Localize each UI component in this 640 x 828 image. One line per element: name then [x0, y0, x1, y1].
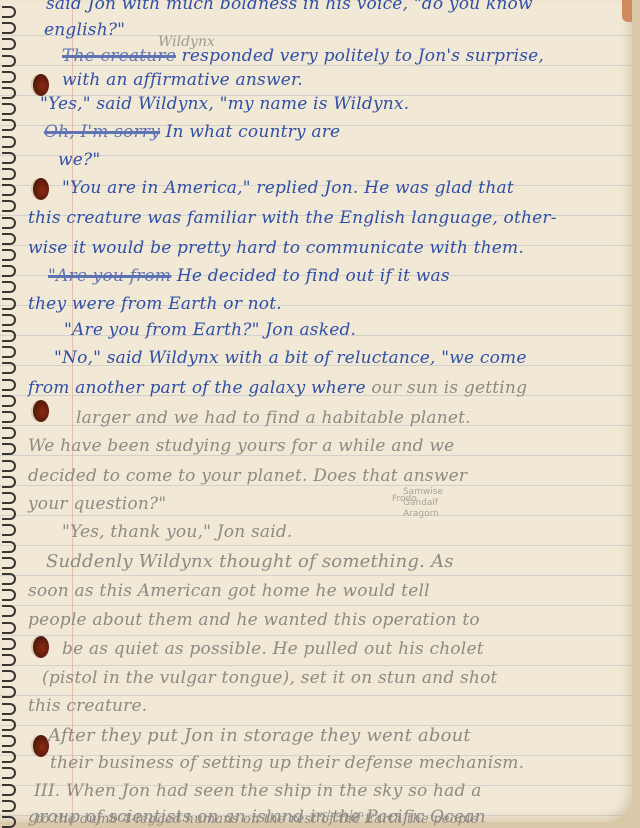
punch-hole [33, 400, 49, 422]
struck-text: Oh, I'm sorry [44, 122, 160, 142]
spiral-coil [2, 152, 16, 164]
text-line: they were from Earth or not. [28, 294, 282, 314]
spiral-coil [2, 330, 16, 342]
text-span: He decided to find out if it was [177, 266, 450, 286]
spiral-coil [2, 184, 16, 196]
struck-text: "Are you from [48, 266, 171, 286]
text-line: Oh, I'm sorry In what country are [44, 122, 340, 142]
text-line: this creature was familiar with the Engl… [28, 208, 557, 228]
spiral-coil [2, 703, 16, 715]
text-line: larger and we had to find a habitable pl… [76, 408, 471, 428]
text-line: we?" [58, 150, 100, 170]
text-span: from another part of the galaxy where [28, 378, 366, 398]
spiral-coil [2, 735, 16, 747]
text-line-bottom: to the dumb 4-legged humans on the rest … [36, 812, 479, 826]
text-line: said Jon with much boldness in his voice… [46, 0, 533, 14]
spiral-coil [2, 6, 16, 18]
text-line: Suddenly Wildynx thought of something. A… [46, 551, 454, 572]
page-edge-tab [622, 0, 632, 22]
punch-hole [33, 735, 49, 757]
spiral-coil [2, 751, 16, 763]
note-name: Gandalf [403, 498, 443, 509]
spiral-coil [2, 638, 16, 650]
spiral-coil [2, 524, 16, 536]
spiral-coil [2, 55, 16, 67]
text-line: wise it would be pretty hard to communic… [28, 238, 524, 258]
spiral-coil [2, 136, 16, 148]
spiral-coil [2, 670, 16, 682]
spiral-coil [2, 379, 16, 391]
spiral-coil [2, 557, 16, 569]
text-line: The creature responded very politely to … [62, 46, 544, 66]
spiral-coil [2, 654, 16, 666]
text-line: your question?" [28, 494, 166, 514]
text-span: our sun is getting [371, 378, 527, 398]
spiral-coil [2, 816, 16, 826]
text-line: III. When Jon had seen the ship in the s… [34, 781, 482, 801]
spiral-coil [2, 265, 16, 277]
text-line: be as quiet as possible. He pulled out h… [62, 639, 484, 659]
spiral-coil [2, 800, 16, 812]
spiral-coil [2, 281, 16, 293]
text-line: After they put Jon in storage they went … [48, 725, 471, 746]
spiral-coil [2, 767, 16, 779]
spiral-coil [2, 314, 16, 326]
text-line: soon as this American got home he would … [28, 581, 430, 601]
text-line: their business of setting up their defen… [50, 753, 524, 773]
spiral-coil [2, 573, 16, 585]
spiral-coil [2, 492, 16, 504]
spiral-coil [2, 71, 16, 83]
spiral-coil [2, 298, 16, 310]
spiral-coil [2, 119, 16, 131]
spiral-coil [2, 22, 16, 34]
struck-text: The creature [62, 46, 176, 66]
spiral-coil [2, 589, 16, 601]
note-name: Aragorn [403, 509, 443, 520]
text-line: "You are in America," replied Jon. He wa… [62, 178, 514, 198]
spiral-coil [2, 395, 16, 407]
spiral-coil [2, 87, 16, 99]
note-name: Samwise [403, 487, 443, 498]
punch-hole [33, 178, 49, 200]
text-line: english?" [44, 20, 125, 40]
text-line: "Yes, thank you," Jon said. [62, 522, 293, 542]
text-line: decided to come to your planet. Does tha… [28, 466, 467, 486]
spiral-coil [2, 605, 16, 617]
punch-hole [33, 74, 49, 96]
spiral-coil [2, 622, 16, 634]
insert-bottom: such as Jon [312, 810, 364, 820]
text-line: (pistol in the vulgar tongue), set it on… [42, 668, 498, 688]
text-line: "Yes," said Wildynx, "my name is Wildynx… [40, 94, 409, 114]
text-line: "Are you from Earth?" Jon asked. [64, 320, 356, 340]
spiral-coil [2, 38, 16, 50]
spiral-coil [2, 200, 16, 212]
spiral-coil [2, 249, 16, 261]
spiral-coil [2, 168, 16, 180]
spiral-coil [2, 719, 16, 731]
spiral-binding [0, 0, 22, 826]
spiral-coil [2, 217, 16, 229]
text-span: In what country are [166, 122, 341, 142]
text-line: "No," said Wildynx with a bit of relucta… [54, 348, 527, 368]
spiral-coil [2, 508, 16, 520]
margin-note-names: Samwise Gandalf Aragorn [403, 487, 443, 520]
spiral-coil [2, 411, 16, 423]
text-line: with an affirmative answer. [62, 70, 303, 90]
text-line: from another part of the galaxy where ou… [28, 378, 527, 398]
spiral-coil [2, 103, 16, 115]
text-line: "Are you from He decided to find out if … [48, 266, 450, 286]
text-line: people about them and he wanted this ope… [28, 610, 480, 630]
spiral-coil [2, 476, 16, 488]
spiral-coil [2, 233, 16, 245]
spiral-coil [2, 443, 16, 455]
spiral-coil [2, 686, 16, 698]
spiral-coil [2, 460, 16, 472]
spiral-coil [2, 362, 16, 374]
spiral-coil [2, 784, 16, 796]
text-line: this creature. [28, 696, 147, 716]
spiral-coil [2, 346, 16, 358]
punch-hole [33, 636, 49, 658]
text-line: We have been studying yours for a while … [28, 436, 454, 456]
spiral-coil [2, 427, 16, 439]
text-span: responded very politely to Jon's surpris… [182, 46, 544, 66]
spiral-coil [2, 541, 16, 553]
